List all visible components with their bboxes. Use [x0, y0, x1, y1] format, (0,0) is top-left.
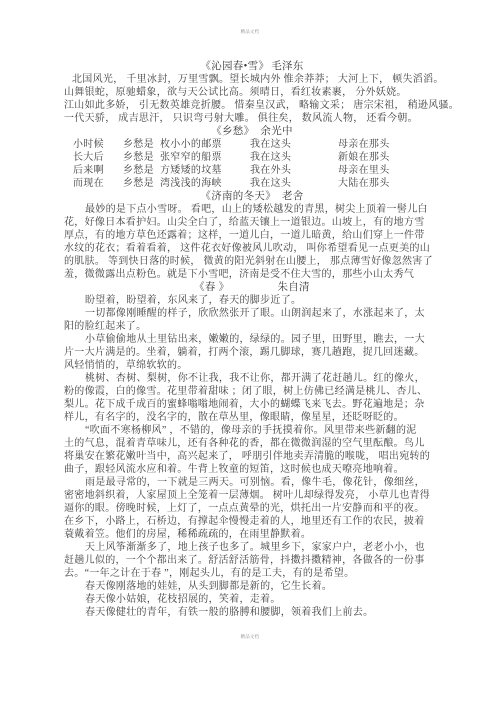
section-title-qinyuanchun: 《沁园春•雪》 毛泽东: [64, 60, 440, 73]
stanza-cell: 新娘在那头: [338, 151, 390, 164]
stanza-cell: 母亲在里头: [338, 164, 390, 177]
section-title-spring: 《春 》 朱自清: [64, 281, 440, 294]
stanza-cell: 母亲在那头: [338, 138, 390, 151]
section-title-xiangchou: 《乡愁》 余光中: [64, 125, 440, 138]
stanza-cell: 我在这头: [250, 151, 291, 164]
text-line: 江山如此多娇， 引无数英雄竞折腰。 惜秦皇汉武， 略输文采； 唐宗宋祖， 稍逊风…: [64, 99, 440, 112]
text-line: 赶趟儿似的，一个个都出来了。舒活舒活筋骨，抖擞抖擞精神，各做各的一份事: [64, 554, 440, 567]
text-line: 在乡下，小路上，石桥边，有撑起伞慢慢走着的人，地里还有工作的农民，披着: [64, 515, 440, 528]
text-line: 粉的像霞，白的像雪。花里带着甜味 ；闭了眼，树上仿佛已经满是桃儿、杏儿、: [64, 385, 440, 398]
text-line: 最妙的是下点小雪呀。 看吧，山上的矮松越发的青黑，树尖上顶着一髻儿白: [64, 203, 440, 216]
text-line: 盼望着，盼望着，东风来了，春天的脚步近了。: [64, 294, 440, 307]
stanza-cell: 我在外头: [250, 164, 291, 177]
stanza-cell: 乡愁是: [123, 177, 154, 190]
prose-title: 《济南的冬天》: [200, 190, 276, 203]
text-line: 风轻悄悄的，草绵软软的。: [64, 359, 440, 372]
stanza-cell: 乡愁是: [123, 151, 154, 164]
text-line: 蓑戴着笠。他们的房屋，稀稀疏疏的，在雨里静默着。: [64, 528, 440, 541]
text-line: 密密地斜织着，人家屋顶上全笼着一层薄烟。 树叶儿却绿得发亮， 小草儿也青得: [64, 489, 440, 502]
stanza-cell: 湾浅浅的海峡: [160, 177, 222, 190]
stanza-cell: 我在这头: [250, 177, 291, 190]
stanza-cell: 乡愁是: [123, 164, 154, 177]
text-line: 去。“一年之计在于春 ”，刚起头儿，有的是工夫，有的是希望。: [64, 567, 440, 580]
text-line: 雨是最寻常的，一下就是三两天。可别恼。看，像牛毛，像花针，像细丝，: [64, 476, 440, 489]
text-line: 厚点，有的地方草色还露着；这样，一道儿白，一道儿暗黄，给山们穿上一件带: [64, 229, 440, 242]
footer-watermark: 精品文档: [113, 635, 388, 639]
poem-stanza-row: 而现在 乡愁是 湾浅浅的海峡 我在这头 大陆在那头: [64, 177, 440, 190]
poem-author: 余光中: [260, 125, 292, 138]
text-line: 桃树、杏树、梨树，你不让我，我不让你，都开满了花赶趟儿。红的像火，: [64, 372, 440, 385]
text-line: “吹面不寒杨柳风” ，不错的，像母亲的手抚摸着你。风里带来些新翻的泥: [64, 424, 440, 437]
text-line: 北国风光， 千里冰封，万里雪飘。望长城内外 惟余莽莽； 大河上下， 顿失滔滔。: [64, 73, 440, 86]
text-line: 一代天骄， 成吉思汗， 只识弯弓射大雕。 俱往矣， 数风流人物， 还看今朝。: [64, 112, 440, 125]
poem-stanza-row: 长大后 乡愁是 张窄窄的船票 我在这头 新娘在那头: [64, 151, 440, 164]
stanza-cell: 长大后: [73, 151, 104, 164]
text-line: 花，好像日本看护妇。山尖全白了，给蓝天镶上一道银边。山坡上，有的地方雪: [64, 216, 440, 229]
text-line: 一切都像刚睡醒的样子，欣欣然张开了眼。山朗润起来了，水涨起来了，太: [64, 307, 440, 320]
text-line: 片一大片满是的。坐着，躺着，打两个滚，踢几脚球，赛几趟跑，捉几回迷藏。: [64, 346, 440, 359]
text-line: 阳的脸红起来了。: [64, 320, 440, 333]
text-line: 水纹的花衣；看着看着， 这件花衣好像被风儿吹动， 叫你希望看见一点更美的山: [64, 242, 440, 255]
document-page: 精品文档 《沁园春•雪》 毛泽东 北国风光， 千里冰封，万里雪飘。望长城内外 惟…: [0, 0, 500, 708]
text-line: 的肌肤。 等到快日落的时候， 微黄的阳光斜射在山腰上， 那点薄雪好像忽然害了: [64, 255, 440, 268]
text-line: 小草偷偷地从土里钻出来，嫩嫩的，绿绿的。园子里，田野里，瞧去，一大: [64, 333, 440, 346]
stanza-cell: 大陆在那头: [338, 177, 390, 190]
stanza-cell: 方矮矮的坟墓: [160, 164, 222, 177]
text-line: 土的气息，混着青草味儿，还有各种花的香，都在微微润湿的空气里酝酿。鸟儿: [64, 437, 440, 450]
stanza-cell: 枚小小的邮票: [160, 138, 222, 151]
section-title-jinan-winter: 《济南的冬天》 老舍: [64, 190, 440, 203]
text-line: 春天像健壮的青年，有铁一般的胳膊和腰脚，领着我们上前去。: [64, 606, 440, 619]
stanza-cell: 张窄窄的船票: [160, 151, 222, 164]
poem-author: 毛泽东: [271, 60, 303, 73]
stanza-cell: 我在这头: [250, 138, 291, 151]
stanza-cell: 而现在: [73, 177, 104, 190]
text-line: 梨儿。花下成千成百的蜜蜂嗡嗡地闹着，大小的蝴蝶飞来飞去。野花遍地是；杂: [64, 398, 440, 411]
document-content: 《沁园春•雪》 毛泽东 北国风光， 千里冰封，万里雪飘。望长城内外 惟余莽莽； …: [64, 60, 440, 619]
text-line: 曲子，跟轻风流水应和着。牛背上牧童的短笛，这时候也成天嘹亮地响着。: [64, 463, 440, 476]
prose-author: 老舍: [282, 190, 304, 203]
text-line: 羞，微微露出点粉色。就是下小雪吧，济南是受不住大雪的，那些小山太秀气: [64, 268, 440, 281]
prose-author: 朱自清: [277, 281, 309, 294]
text-line: 山舞银蛇，原驰蜡象，欲与天公试比高。须晴日，看红妆素裹， 分外妖娆。: [64, 86, 440, 99]
text-line: 春天像刚落地的娃娃，从头到脚都是新的，它生长着。: [64, 580, 440, 593]
text-line: 天上风筝渐渐多了，地上孩子也多了。城里乡下，家家户户，老老小小，也: [64, 541, 440, 554]
poem-stanza-row: 后来啊 乡愁是 方矮矮的坟墓 我在外头 母亲在里头: [64, 164, 440, 177]
stanza-cell: 乡愁是: [123, 138, 154, 151]
text-line: 逼你的眼。傍晚时候，上灯了，一点点黄晕的光，烘托出一片安静而和平的夜。: [64, 502, 440, 515]
stanza-cell: 小时候: [73, 138, 104, 151]
stanza-cell: 后来啊: [73, 164, 104, 177]
text-line: 样儿，有名字的，没名字的，散在草丛里，像眼睛，像星星，还眨呀眨的。: [64, 411, 440, 424]
text-line: 将巢安在繁花嫩叶当中，高兴起来了， 呼朋引伴地卖弄清脆的喉咙， 唱出宛转的: [64, 450, 440, 463]
poem-title: 《乡愁》: [211, 125, 254, 138]
text-line: 春天像小姑娘，花枝招展的，笑着，走着。: [64, 593, 440, 606]
header-watermark: 精品文档: [113, 30, 388, 34]
poem-title: 《沁园春•雪》: [200, 60, 269, 73]
prose-title: 《春 》: [194, 281, 229, 294]
poem-stanza-row: 小时候 乡愁是 枚小小的邮票 我在这头 母亲在那头: [64, 138, 440, 151]
